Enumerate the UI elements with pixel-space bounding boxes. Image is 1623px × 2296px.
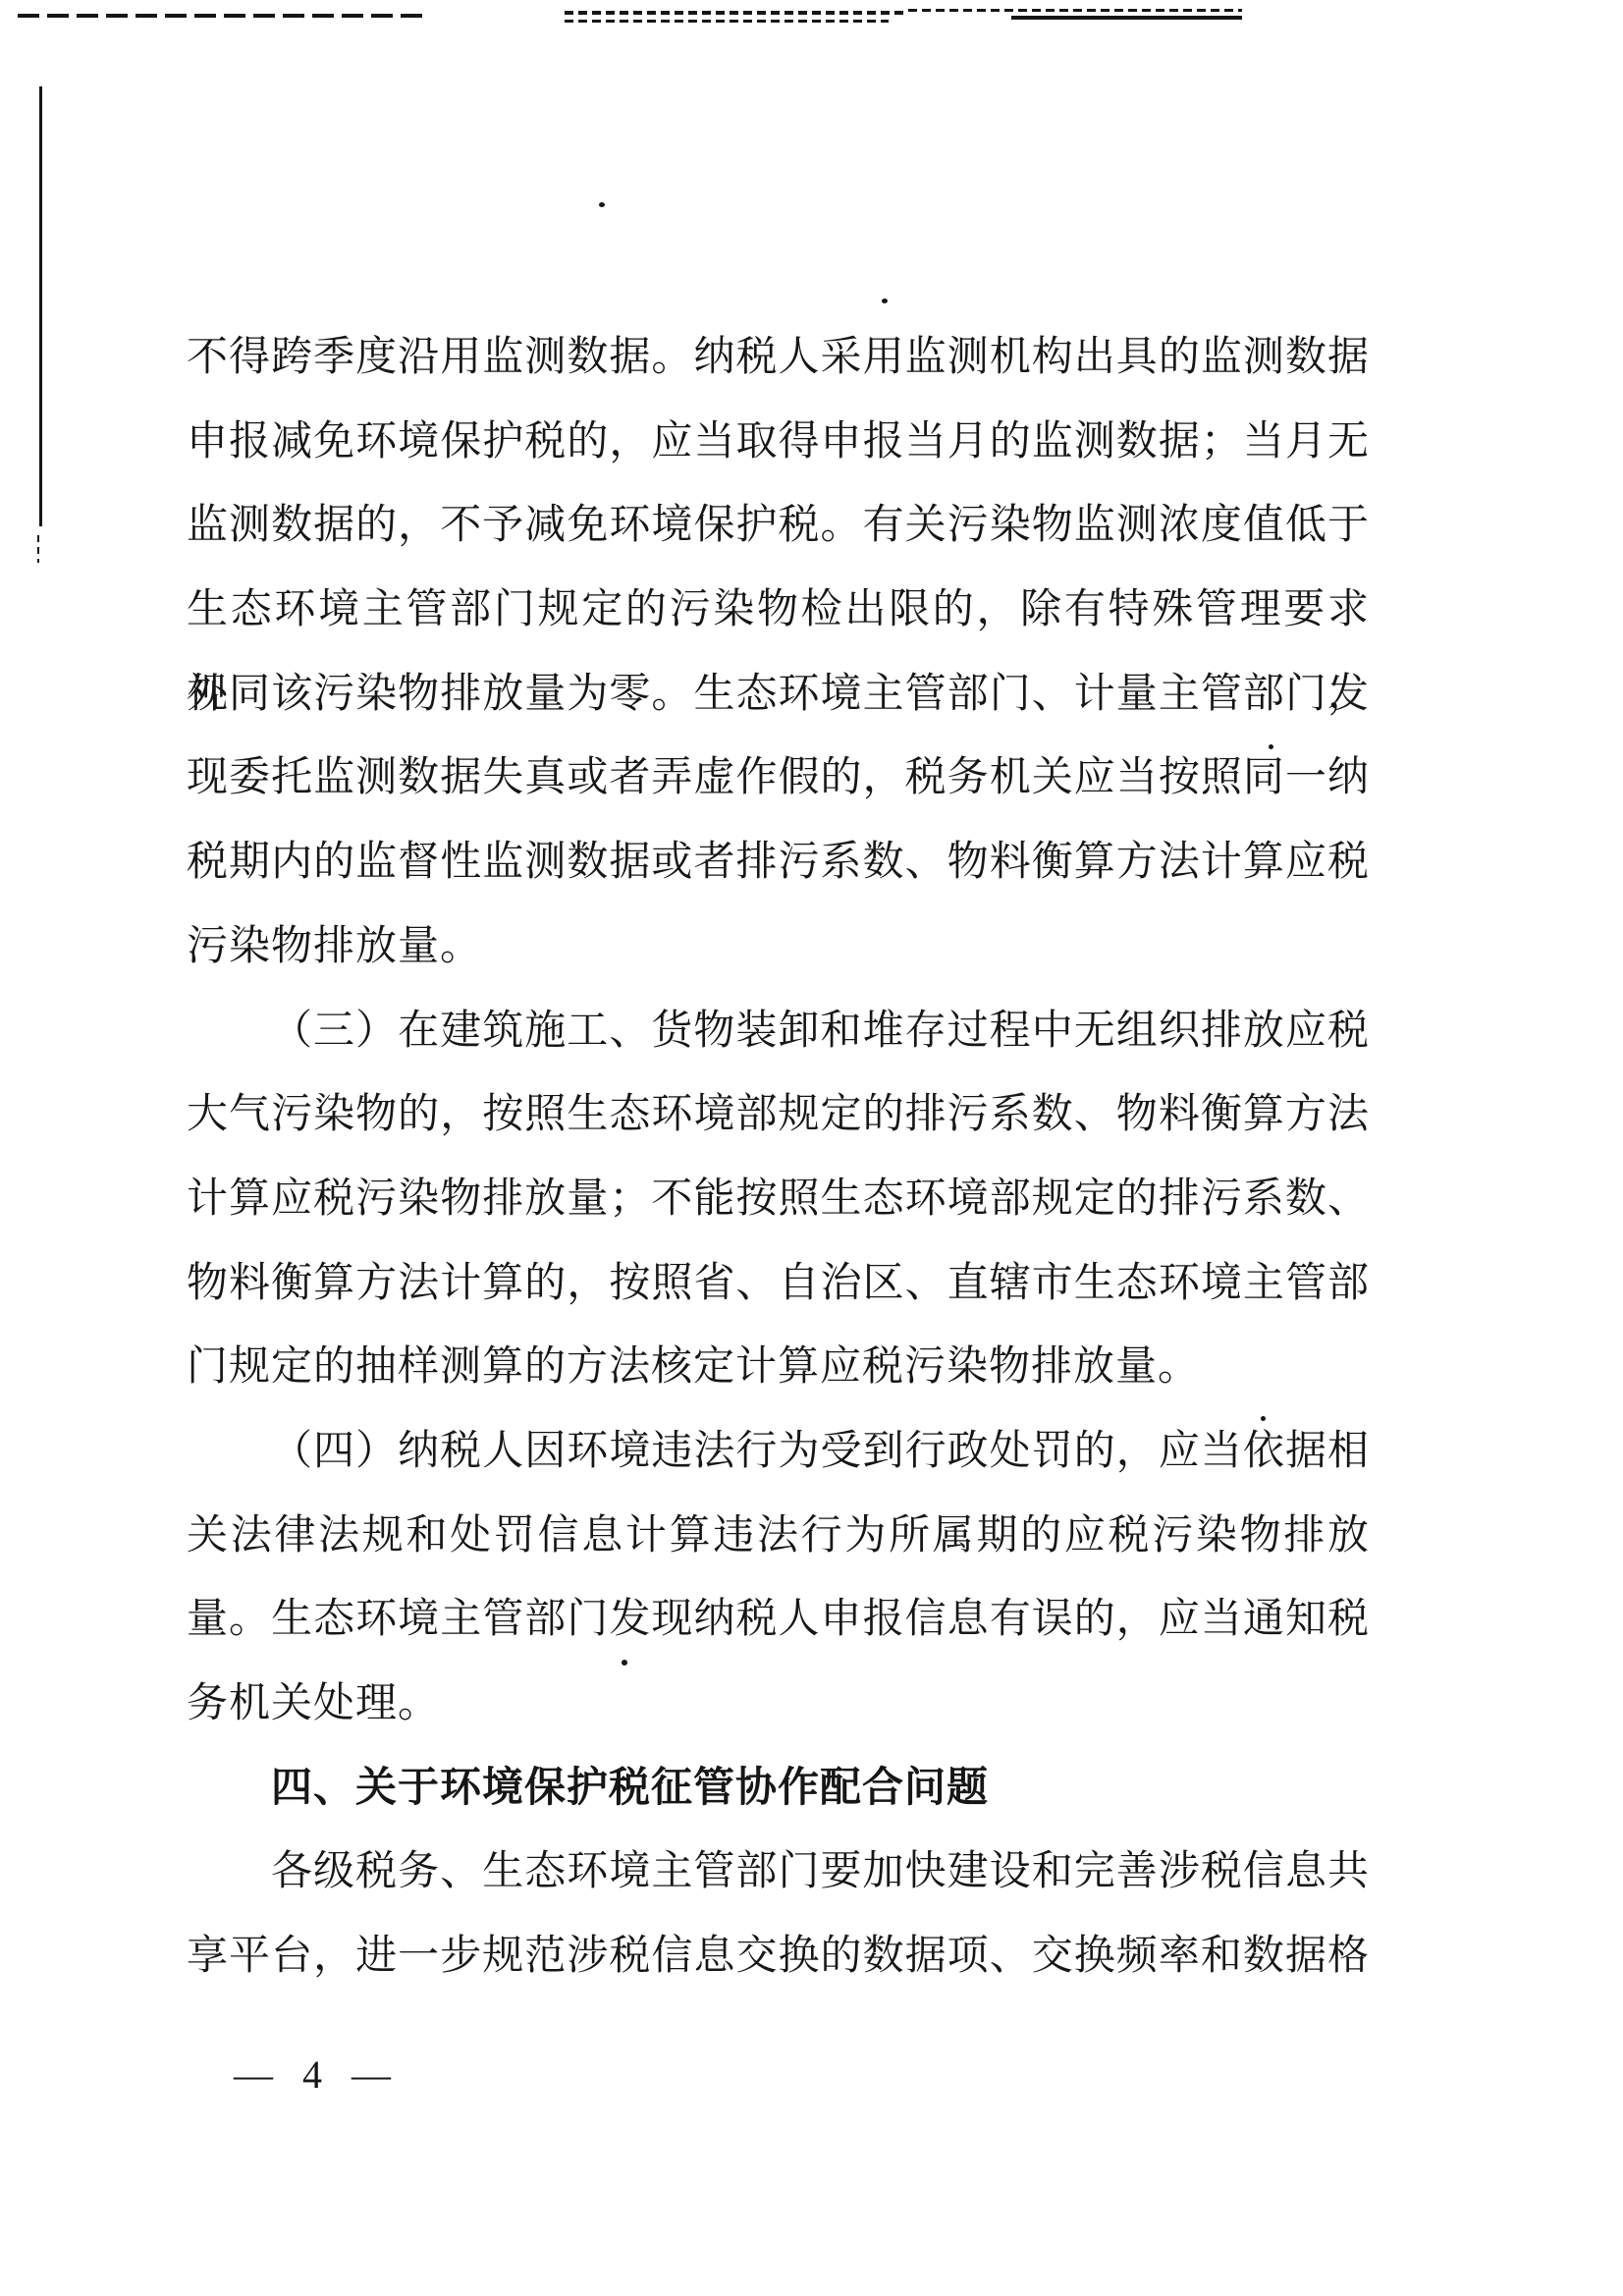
body-line: 监测数据的，不予减免环境保护税。有关污染物监测浓度值低于 — [187, 484, 1370, 569]
scan-artifact-top-line-middle2 — [565, 20, 889, 23]
scan-artifact-top-line-middle — [565, 11, 903, 15]
scan-artifact-left-line — [39, 86, 42, 526]
body-line: 不得跨季度沿用监测数据。纳税人采用监测机构出具的监测数据 — [187, 316, 1370, 401]
body-line: 污染物排放量。 — [187, 905, 1370, 990]
scanned-document-page: 不得跨季度沿用监测数据。纳税人采用监测机构出具的监测数据 申报减免环境保护税的，… — [0, 0, 1623, 2296]
body-line: 计算应税污染物排放量；不能按照生态环境部规定的排污系数、 — [187, 1158, 1370, 1242]
scan-artifact-top-line-right-solid — [1011, 16, 1242, 20]
scan-speck — [882, 299, 888, 303]
body-line: 税期内的监督性监测数据或者排污系数、物料衡算方法计算应税 — [187, 821, 1370, 905]
body-line: 量。生态环境主管部门发现纳税人申报信息有误的，应当通知税 — [187, 1578, 1370, 1663]
body-line-item-4: （四）纳税人因环境违法行为受到行政处罚的，应当依据相 — [187, 1410, 1370, 1495]
document-body: 不得跨季度沿用监测数据。纳税人采用监测机构出具的监测数据 申报减免环境保护税的，… — [187, 316, 1370, 1999]
body-line: 现委托监测数据失真或者弄虚作假的，税务机关应当按照同一纳 — [187, 737, 1370, 821]
body-line: 生态环境主管部门规定的污染物检出限的，除有特殊管理要求外， — [187, 569, 1370, 653]
body-line: 门规定的抽样测算的方法核定计算应税污染物排放量。 — [187, 1326, 1370, 1410]
body-line: 务机关处理。 — [187, 1663, 1370, 1747]
page-number: — 4 — — [234, 2050, 401, 2100]
scan-artifact-left-tick — [37, 535, 39, 563]
body-line: 享平台，进一步规范涉税信息交换的数据项、交换频率和数据格 — [187, 1915, 1370, 1999]
section-heading: 四、关于环境保护税征管协作配合问题 — [187, 1747, 1370, 1831]
body-line: 视同该污染物排放量为零。生态环境主管部门、计量主管部门发 — [187, 653, 1370, 738]
scan-artifact-top-line-left — [18, 14, 430, 18]
body-line-item-3: （三）在建筑施工、货物装卸和堆存过程中无组织排放应税 — [187, 990, 1370, 1074]
body-line: 关法律法规和处罚信息计算违法行为所属期的应税污染物排放 — [187, 1495, 1370, 1579]
scan-speck — [599, 202, 605, 207]
scan-artifact-top-line-right — [908, 9, 1242, 12]
body-line: 各级税务、生态环境主管部门要加快建设和完善涉税信息共 — [187, 1831, 1370, 1915]
body-line: 申报减免环境保护税的，应当取得申报当月的监测数据；当月无 — [187, 401, 1370, 485]
body-line: 物料衡算方法计算的，按照省、自治区、直辖市生态环境主管部 — [187, 1242, 1370, 1327]
body-line: 大气污染物的，按照生态环境部规定的排污系数、物料衡算方法 — [187, 1073, 1370, 1158]
